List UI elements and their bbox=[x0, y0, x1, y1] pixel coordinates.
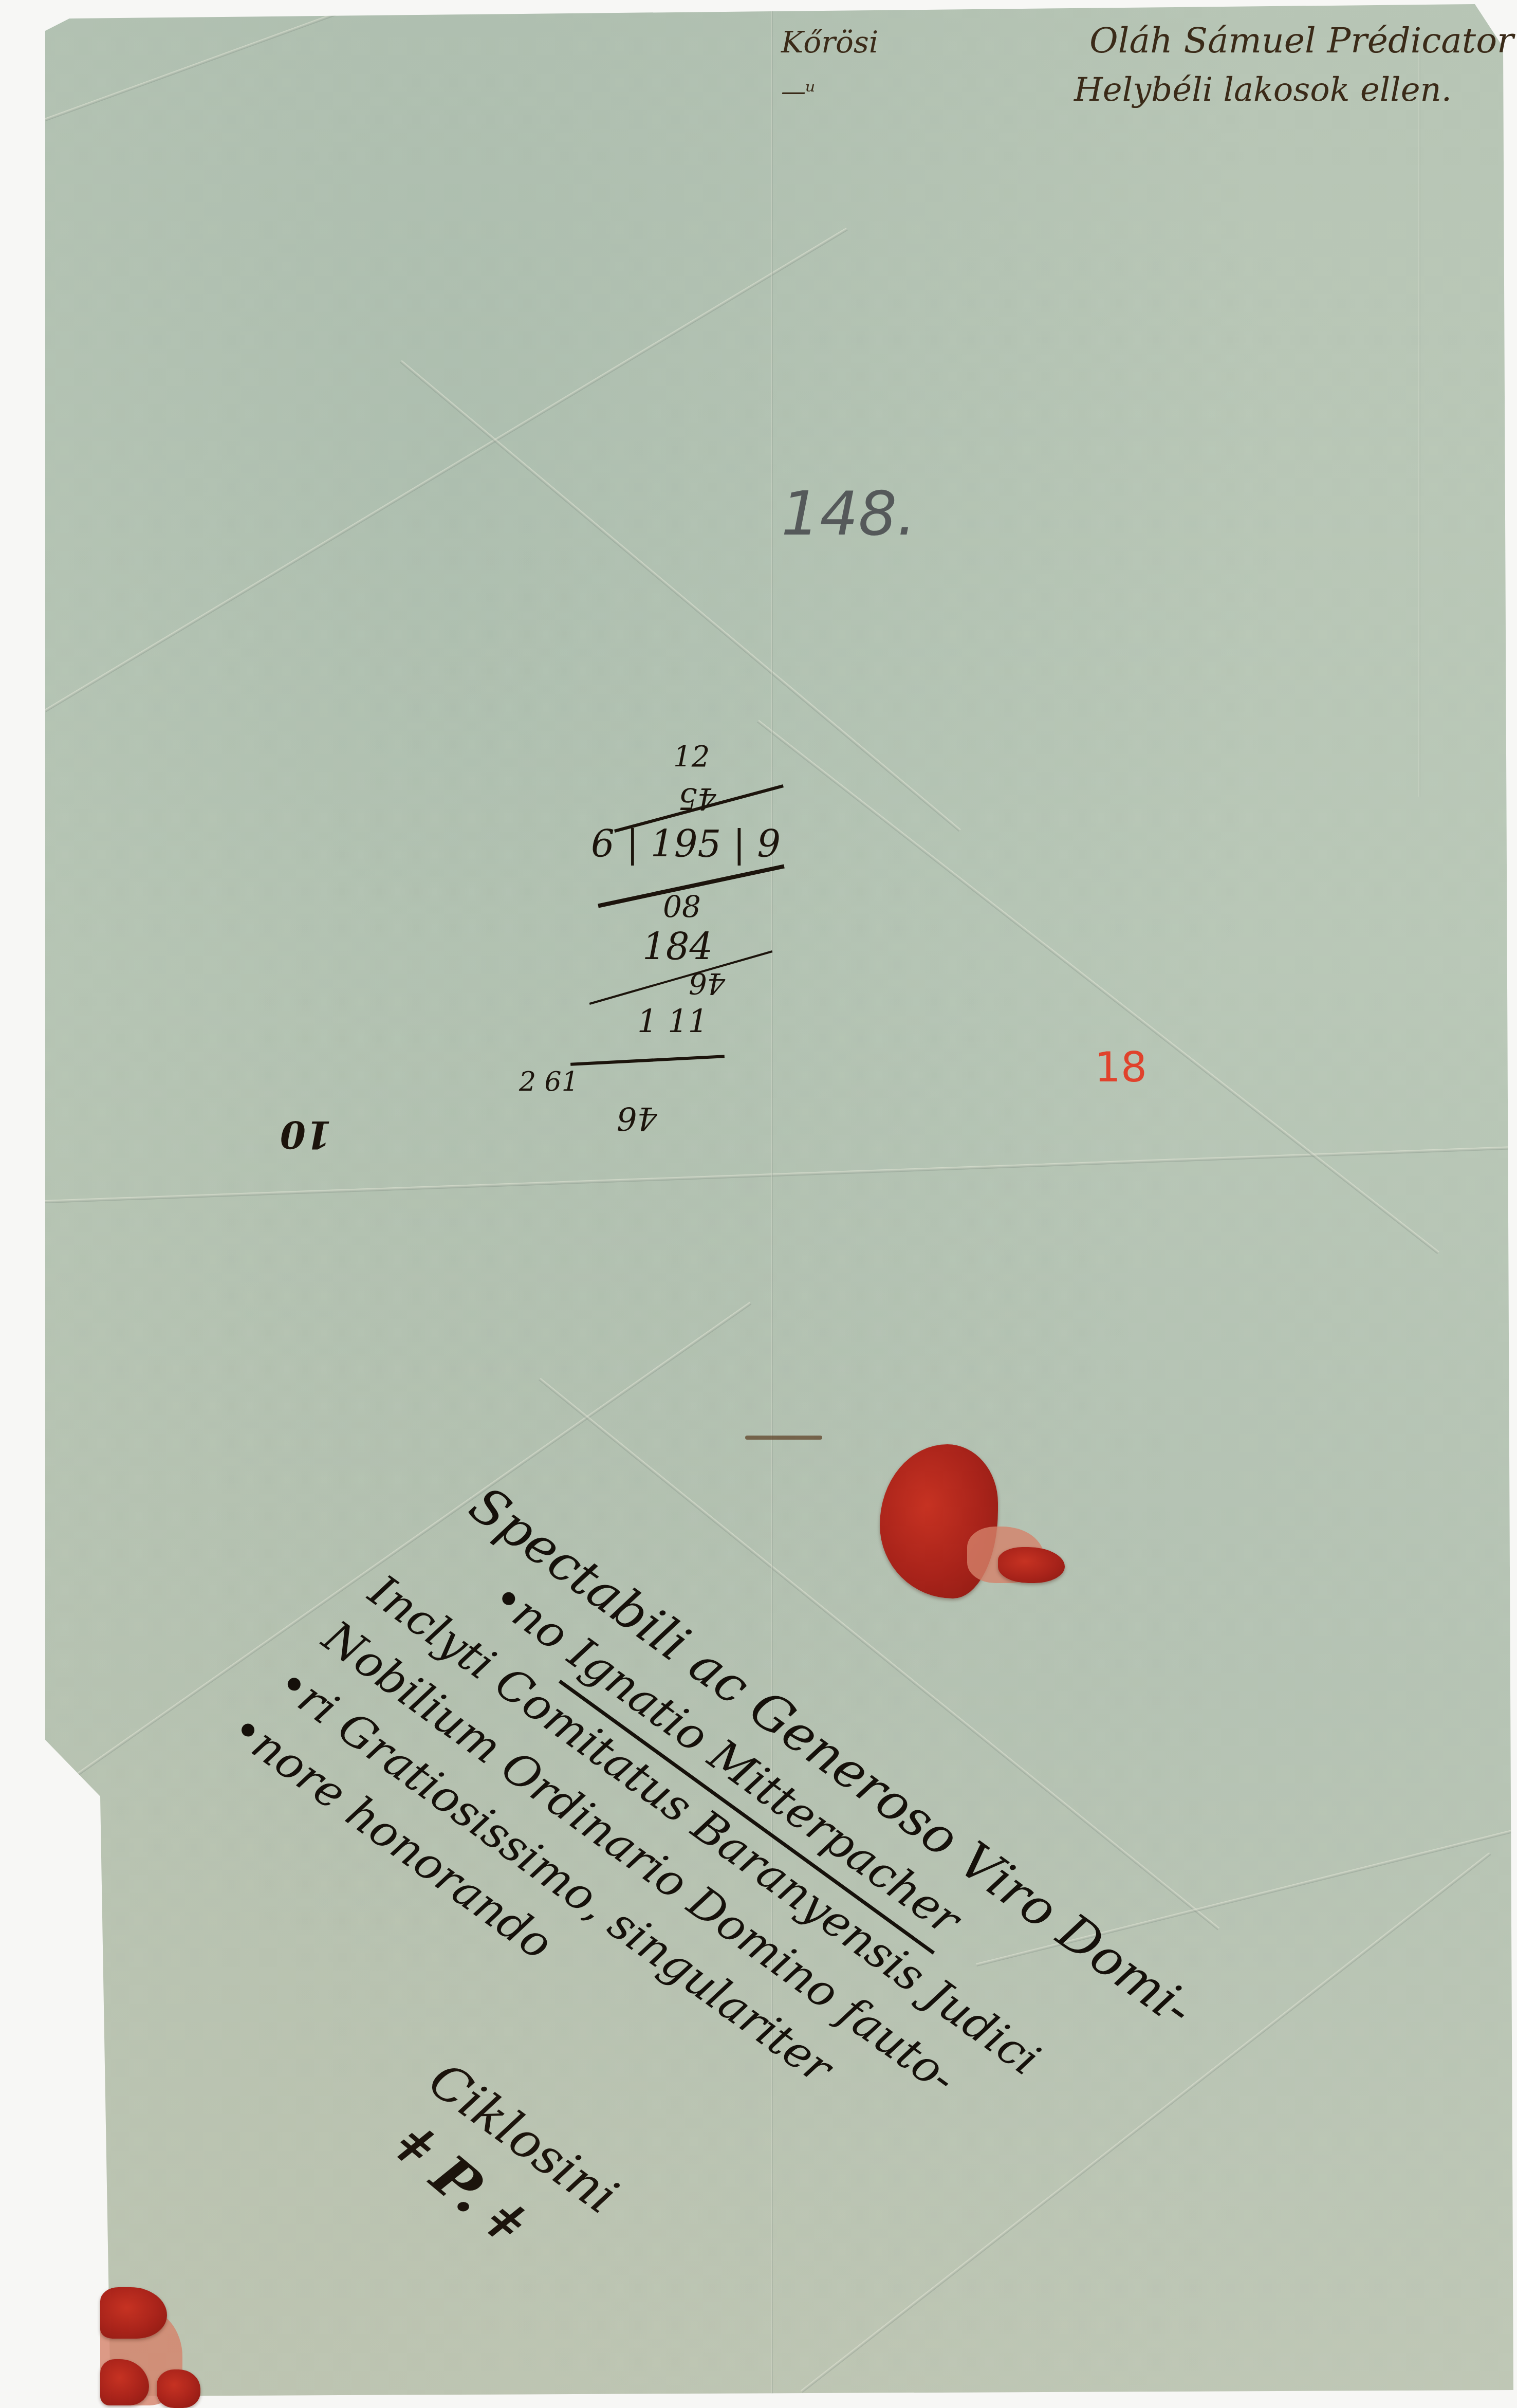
calc-line: 46 bbox=[689, 966, 725, 1000]
calc-line: 12 bbox=[673, 740, 710, 774]
calc-line: 45 bbox=[678, 781, 716, 816]
calc-line: 1 11 bbox=[637, 1002, 708, 1040]
calculation-block: 12 45 6 | 195 | 9 08 184 46 1 11 2 61 46 bbox=[586, 730, 781, 1141]
calc-line: 184 bbox=[642, 925, 713, 968]
calc-line: 6 | 195 | 9 bbox=[591, 822, 781, 866]
inverted-number: 10 bbox=[280, 1113, 331, 1156]
wax-seal bbox=[880, 1444, 1065, 1604]
fold-crease bbox=[757, 720, 1439, 1254]
calc-line: 2 61 bbox=[519, 1067, 579, 1097]
fold-crease bbox=[45, 1146, 1517, 1203]
note-dash: —ᵘ bbox=[781, 77, 816, 106]
fold-crease bbox=[45, 0, 413, 121]
wax-seal-fragment bbox=[100, 2287, 203, 2408]
note-korosi: Kőrösi bbox=[781, 25, 878, 60]
note-title-line-1: Oláh Sámuel Prédicator bbox=[1089, 21, 1514, 61]
calc-line: 46 bbox=[617, 1100, 657, 1137]
red-page-number: 18 bbox=[1095, 1043, 1147, 1091]
fold-crease bbox=[44, 228, 847, 712]
archive-number: 148. bbox=[781, 478, 916, 549]
ink-smudge bbox=[745, 1436, 822, 1440]
calc-line: 08 bbox=[663, 889, 701, 924]
fold-crease-vertical bbox=[1418, 51, 1420, 797]
note-title-line-2: Helybéli lakosok ellen. bbox=[1074, 71, 1452, 109]
